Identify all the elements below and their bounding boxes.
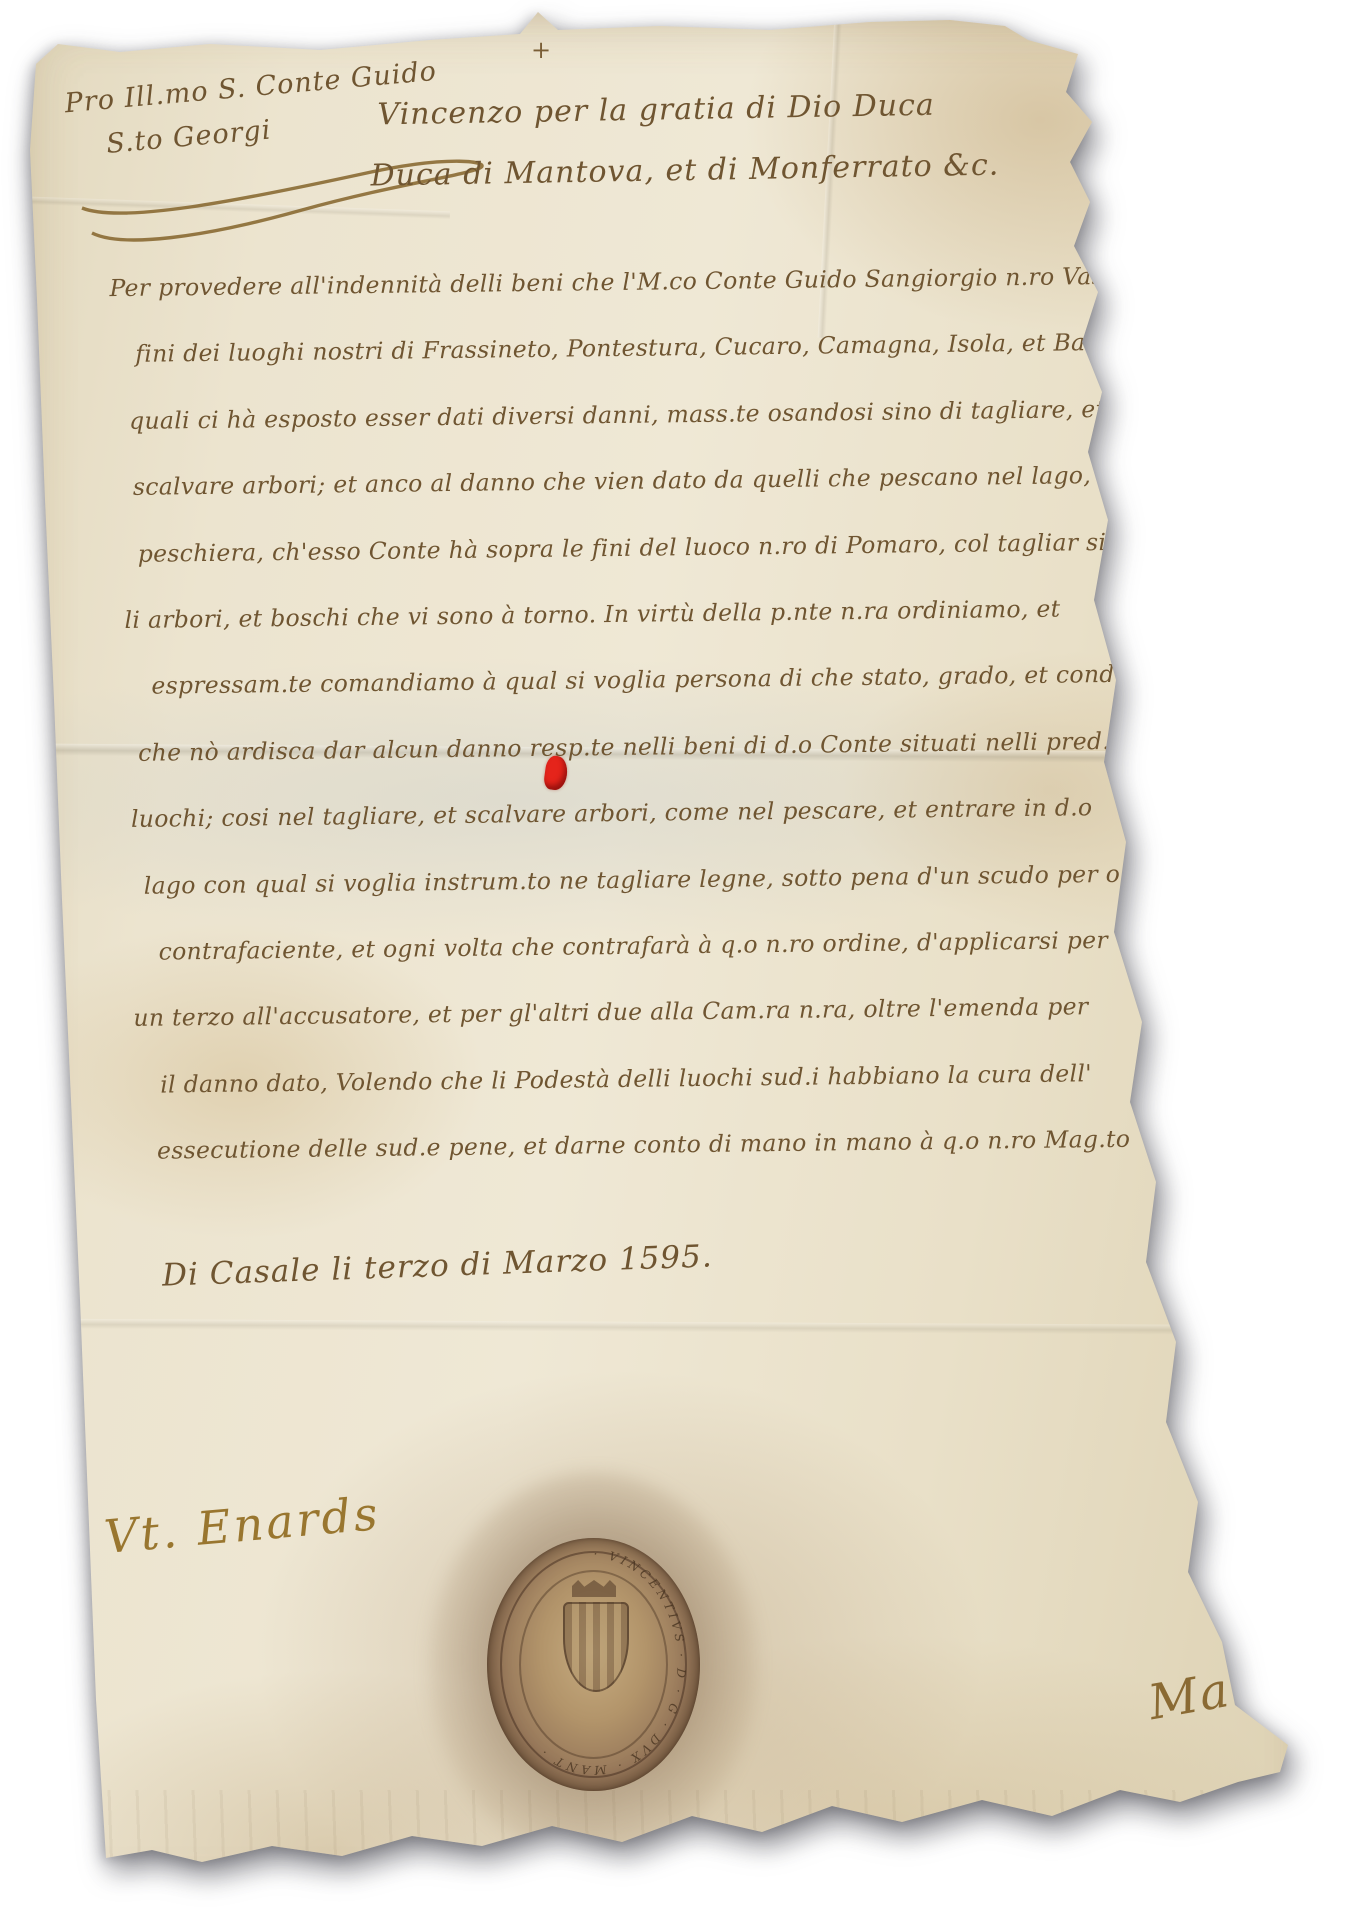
body-line: contrafaciente, et ogni volta che contra… [158, 926, 1123, 1004]
body-line: peschiera, ch'esso Conte hà sopra le fin… [138, 527, 1119, 605]
heading-line-2: Duca di Mantova, et di Monferrato &c. [370, 148, 999, 194]
body-line: scalvare arbori; et anco al danno che vi… [133, 461, 1118, 539]
paper-wrap: Pro Ill.mo S. Conte Guido S.to Georgi + … [0, 0, 1347, 1920]
body-line: li arbori, et boschi che vi sono à torno… [124, 594, 1119, 673]
svg-text:· VINCENTIVS · D · G · DVX · M: · VINCENTIVS · D · G · DVX · MANT · [536, 1547, 688, 1777]
dateline: Di Casale li terzo di Marzo 1595. [162, 1238, 714, 1293]
ducal-wax-seal: · VINCENTIVS · D · G · DVX · MANT · [487, 1538, 700, 1791]
body-line: essecutione delle sud.e pene, et darne c… [157, 1125, 1126, 1203]
body-line: un terzo all'accusatore, et per gl'altri… [133, 992, 1124, 1070]
heading-line-1: Vincenzo per la gratia di Dio Duca [377, 87, 998, 133]
body-line: quali ci hà esposto esser dati diversi d… [129, 395, 1117, 473]
body-line: Per provedere all'indennità delli beni c… [109, 262, 1115, 341]
seal-inscription: · VINCENTIVS · D · G · DVX · MANT · [536, 1547, 688, 1777]
seal-inscription-ring: · VINCENTIVS · D · G · DVX · MANT · [487, 1538, 700, 1791]
page-background: Pro Ill.mo S. Conte Guido S.to Georgi + … [0, 0, 1347, 1920]
binding-mark [12, 362, 26, 396]
signature: Mauri [1144, 1649, 1308, 1731]
binding-mark [2, 238, 20, 290]
body-line: che nò ardisca dar alcun danno resp.te n… [138, 727, 1121, 805]
body-line: il danno dato, Volendo che li Podestà de… [160, 1058, 1125, 1136]
body-line: espressam.te comandiamo à qual si voglia… [151, 660, 1120, 738]
binding-mark [4, 110, 19, 154]
header-cross: + [531, 36, 551, 64]
body-line: lago con qual si voglia instrum.to ne ta… [144, 859, 1123, 937]
body-line: luochi; cosi nel tagliare, et scalvare a… [131, 793, 1122, 871]
fold-crease-horizontal-lower [30, 1319, 1307, 1336]
document-heading: Vincenzo per la gratia di Dio Duca Duca … [377, 87, 999, 194]
paper-sheet: Pro Ill.mo S. Conte Guido S.to Georgi + … [0, 0, 1347, 1920]
body-text: Per provedere all'indennità delli beni c… [104, 262, 1125, 1204]
body-line: fini dei luoghi nostri di Frassineto, Po… [135, 328, 1116, 406]
countersignature: Vt. Enards [102, 1486, 382, 1564]
